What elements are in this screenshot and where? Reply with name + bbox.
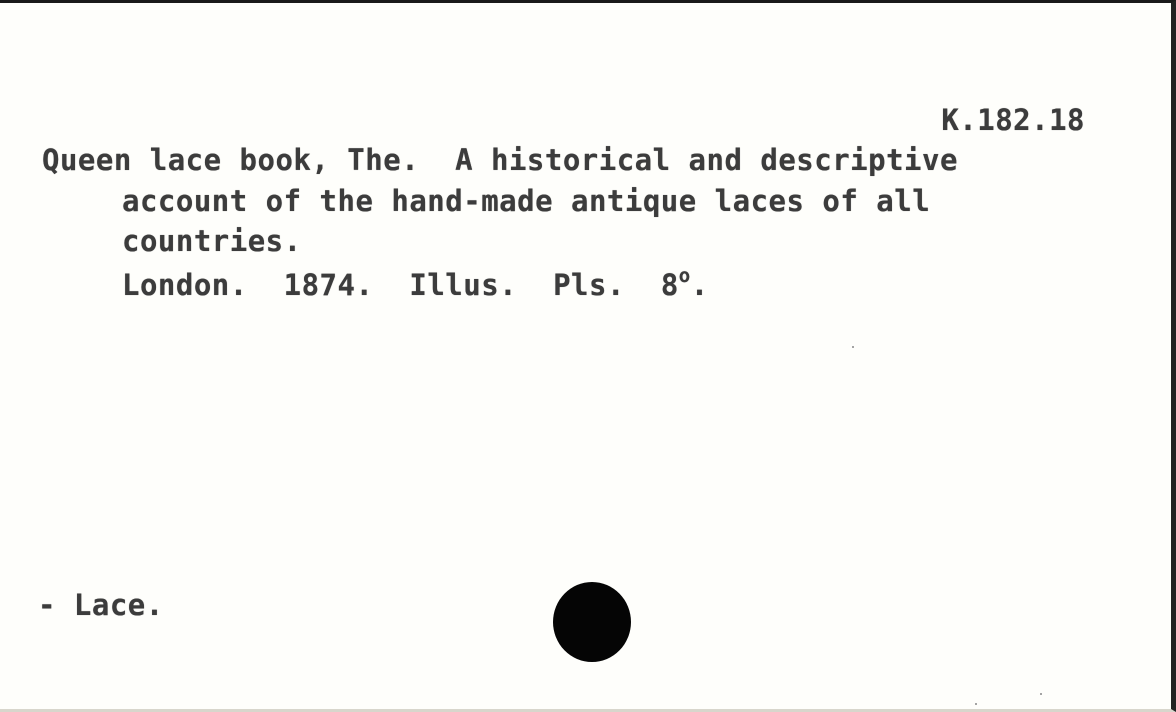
imprint-year: 1874. bbox=[284, 268, 374, 302]
paper-speck bbox=[852, 346, 854, 348]
paper-speck bbox=[1040, 693, 1042, 695]
imprint-place: London. bbox=[122, 268, 248, 302]
format-end: . bbox=[691, 268, 709, 302]
title-line-2: account of the hand-made antique laces o… bbox=[122, 184, 930, 218]
shelfmark: K.182.18 bbox=[941, 103, 1085, 137]
title-line-1: Queen lace book, The. A historical and d… bbox=[42, 143, 958, 177]
format-number: 8 bbox=[661, 268, 679, 302]
title-line-3: countries. bbox=[122, 224, 302, 258]
subject-heading: - Lace. bbox=[38, 588, 164, 622]
imprint-plates: Pls. bbox=[553, 268, 625, 302]
paper-speck bbox=[975, 703, 977, 705]
imprint-format: 8o. bbox=[661, 268, 709, 302]
punch-hole-icon bbox=[553, 582, 631, 662]
imprint-line: London. 1874. Illus. Pls. 8o. bbox=[122, 265, 709, 302]
imprint-illustrations: Illus. bbox=[409, 268, 517, 302]
catalog-card: K.182.18 Queen lace book, The. A histori… bbox=[0, 0, 1176, 712]
format-superscript: o bbox=[679, 265, 691, 287]
